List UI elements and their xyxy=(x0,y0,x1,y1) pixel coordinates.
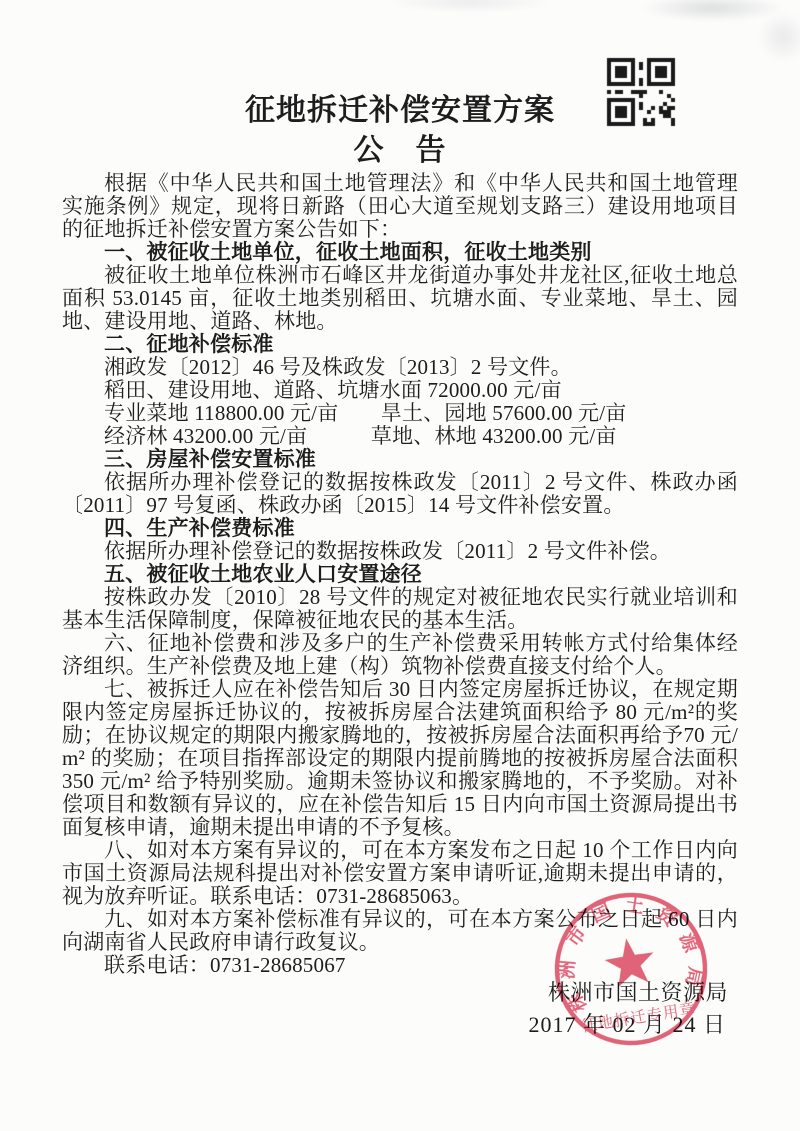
section-5-heading: 五、被征收土地农业人口安置途径 xyxy=(62,563,738,586)
rate-line-forest: 经济林 43200.00 元/亩 草地、林地 43200.00 元/亩 xyxy=(62,425,738,448)
document-subtitle: 公 告 xyxy=(62,132,738,170)
section-3-paragraph: 依据所办理补偿登记的数据按株政发〔2011〕2 号文件、株政办函〔2011〕97… xyxy=(62,471,738,517)
official-stamp: 株洲市国土资源局 征地拆迁专用章 xyxy=(525,863,738,1076)
section-7-paragraph: 七、被拆迁人应在补偿告知后 30 日内签定房屋拆迁协议，在规定期限内签定房屋拆迁… xyxy=(62,678,738,839)
section-4-paragraph: 依据所办理补偿登记的数据按株政发〔2011〕2 号文件补偿。 xyxy=(62,540,738,563)
announcement-text: 根据《中华人民共和国土地管理法》和《中华人民共和国土地管理实施条例》规定，现将日… xyxy=(62,172,738,977)
section-5-paragraph: 按株政办发〔2010〕28 号文件的规定对被征地农民实行就业培训和基本生活保障制… xyxy=(62,586,738,632)
scanned-document-page: 征地拆迁补偿安置方案 公 告 根据《中华人民共和国土地管理法》和《中华人民共和国… xyxy=(0,0,800,1131)
section-1-paragraph: 被征收土地单位株洲市石峰区井龙街道办事处井龙社区,征收土地总面积 53.0145… xyxy=(62,264,738,333)
section-3-heading: 三、房屋补偿安置标准 xyxy=(62,448,738,471)
rate-line-paddy: 稻田、建设用地、道路、坑塘水面 72000.00 元/亩 xyxy=(62,379,738,402)
star-icon xyxy=(602,935,658,989)
section-4-heading: 四、生产补偿费标准 xyxy=(62,517,738,540)
intro-paragraph: 根据《中华人民共和国土地管理法》和《中华人民共和国土地管理实施条例》规定，现将日… xyxy=(62,172,738,241)
section-2-basis: 湘政发〔2012〕46 号及株政发〔2013〕2 号文件。 xyxy=(62,356,738,379)
section-1-heading: 一、被征收土地单位，征收土地面积，征收土地类别 xyxy=(62,241,738,264)
rate-line-vegetable: 专业菜地 118800.00 元/亩 旱土、园地 57600.00 元/亩 xyxy=(62,402,738,425)
document-title: 征地拆迁补偿安置方案 xyxy=(62,90,738,132)
section-6-paragraph: 六、征地补偿费和涉及多户的生产补偿费采用转帐方式付给集体经济组织。生产补偿费及地… xyxy=(62,632,738,678)
stamp-bottom-text: 征地拆迁专用章 xyxy=(580,998,697,1035)
section-2-heading: 二、征地补偿标准 xyxy=(62,333,738,356)
